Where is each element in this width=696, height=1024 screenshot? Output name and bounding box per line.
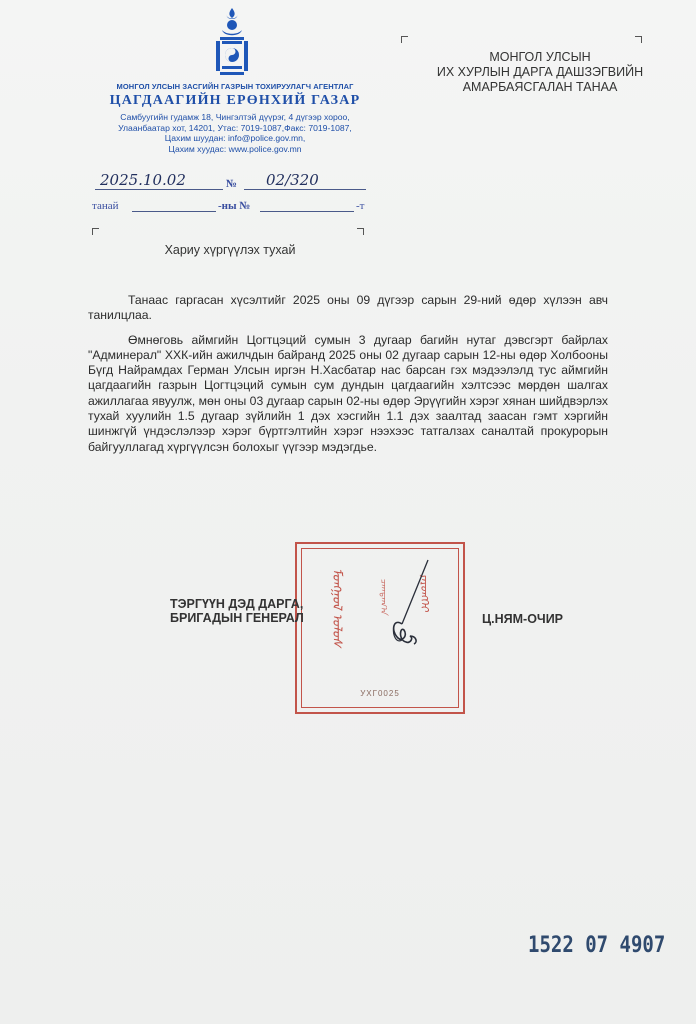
- corner-mark: [401, 36, 408, 43]
- letter-number: 02/320: [266, 171, 319, 189]
- handwritten-signature-icon: [380, 556, 440, 656]
- recipient-line: АМАРБАЯСГАЛАН ТАНАА: [395, 80, 685, 95]
- signatory-title: ТЭРГҮҮН ДЭД ДАРГА, БРИГАДЫН ГЕНЕРАЛ: [170, 597, 304, 625]
- mongol-script-text: ᠮᠣᠩᠭᠣᠯ ᠤᠯᠤᠰ: [325, 568, 348, 647]
- recipient-line: МОНГОЛ УЛСЫН: [395, 50, 685, 65]
- signatory-title-line: ТЭРГҮҮН ДЭД ДАРГА,: [170, 597, 304, 611]
- your-number-line: [260, 211, 354, 212]
- recipient-block: МОНГОЛ УЛСЫН ИХ ХУРЛЫН ДАРГА ДАШЗЭГВИЙН …: [395, 50, 685, 95]
- stamp-code: УХГ0025: [297, 689, 463, 698]
- date-line: [95, 189, 223, 190]
- letter-body: Танаас гаргасан хүсэлтийг 2025 оны 09 дү…: [88, 293, 608, 464]
- your-number-label: -ны №: [218, 200, 250, 212]
- agency-address: Самбуугийн гудамж 18, Чингэлтэй дүүрэг, …: [90, 112, 380, 154]
- body-paragraph: Өмнөговь аймгийн Цогтцэций сумын 3 дугаа…: [88, 333, 608, 455]
- number-line: [244, 189, 366, 190]
- corner-mark: [92, 228, 99, 235]
- signatory-title-line: БРИГАДЫН ГЕНЕРАЛ: [170, 611, 304, 625]
- agency-parent-name: МОНГОЛ УЛСЫН ЗАСГИЙН ГАЗРЫН ТОХИРУУЛАГЧ …: [95, 82, 375, 91]
- serial-number: 1522 07 4907: [528, 932, 665, 957]
- number-label: №: [226, 178, 237, 190]
- letter-date: 2025.10.02: [100, 171, 186, 189]
- your-ref-end: -т: [356, 200, 364, 212]
- address-line: Улаанбаатар хот, 14201, Утас: 7019-1087,…: [90, 123, 380, 134]
- corner-mark: [357, 228, 364, 235]
- soyombo-emblem-icon: [210, 6, 254, 82]
- agency-name: ЦАГДААГИЙН ЕРӨНХИЙ ГАЗАР: [95, 93, 375, 109]
- email-line: Цахим шуудан: info@police.gov.mn,: [90, 133, 380, 144]
- your-ref-label: танай: [92, 200, 118, 212]
- body-paragraph: Танаас гаргасан хүсэлтийг 2025 оны 09 дү…: [88, 293, 608, 324]
- address-line: Самбуугийн гудамж 18, Чингэлтэй дүүрэг, …: [90, 112, 380, 123]
- corner-mark: [635, 36, 642, 43]
- your-date-line: [132, 211, 216, 212]
- recipient-line: ИХ ХУРЛЫН ДАРГА ДАШЗЭГВИЙН: [395, 65, 685, 80]
- signatory-name: Ц.НЯМ-ОЧИР: [482, 612, 563, 626]
- letter-subject: Хариу хүргүүлэх тухай: [130, 243, 330, 257]
- website-line: Цахим хуудас: www.police.gov.mn: [90, 144, 380, 155]
